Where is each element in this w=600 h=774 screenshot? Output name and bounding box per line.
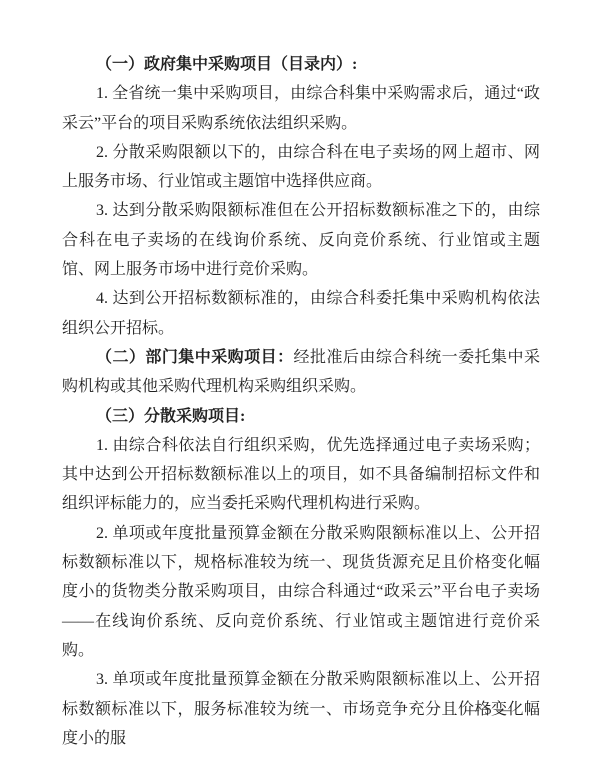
document-body: （一）政府集中采购项目（目录内）: 1. 全省统一集中采购项目，由综合科集中采购… — [62, 50, 540, 753]
section-heading-a: （一）政府集中采购项目（目录内）: — [62, 50, 540, 79]
paragraph-a3: 3. 达到分散采购限额标准但在公开招标数额标准之下的，由综合科在电子卖场的在线询… — [62, 196, 540, 284]
section-b-heading: （二）部门集中采购项目： — [96, 349, 294, 366]
paragraph-section-b: （二）部门集中采购项目：经批准后由综合科统一委托集中采购机构或其他采购代理机构采… — [62, 343, 540, 402]
paragraph-a4: 4. 达到公开招标数额标准的，由综合科委托集中采购机构依法组织公开招标。 — [62, 284, 540, 343]
section-heading-c: （三）分散采购项目: — [62, 402, 540, 431]
paragraph-c2: 2. 单项或年度批量预算金额在分散采购限额标准以上、公开招标数额标准以下，规格标… — [62, 519, 540, 665]
paragraph-c1: 1. 由综合科依法自行组织采购，优先选择通过电子卖场采购；其中达到公开招标数额标… — [62, 431, 540, 519]
paragraph-a1: 1. 全省统一集中采购项目，由综合科集中采购需求后，通过“政采云”平台的项目采购… — [62, 79, 540, 138]
document-page: （一）政府集中采购项目（目录内）: 1. 全省统一集中采购项目，由综合科集中采购… — [0, 0, 600, 774]
paragraph-a2: 2. 分散采购限额以下的，由综合科在电子卖场的网上超市、网上服务市场、行业馆或主… — [62, 138, 540, 197]
page-number: — 5 — — [465, 701, 512, 721]
